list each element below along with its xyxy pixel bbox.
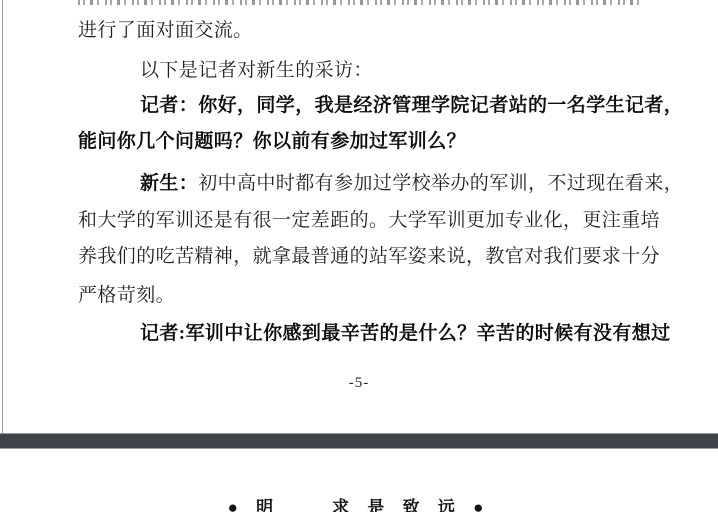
text-line: 记者：你好，同学，我是经济管理学院记者站的一名学生记者， <box>140 96 683 115</box>
text-line: 养我们的吃苦精神，就拿最普通的站军姿来说，教官对我们要求十分 <box>78 247 660 266</box>
page-separator-bar <box>0 433 718 449</box>
text-line: 以下是记者对新生的采访： <box>140 61 373 80</box>
text-line: 能问你几个问题吗？你以前有参加过军训么？ <box>78 132 466 151</box>
banner-right-fragment: 求 是 致 远 ● <box>332 499 490 512</box>
text-line: 记者:军训中让你感到最辛苦的是什么？辛苦的时候有没有想过 <box>140 324 671 343</box>
text-line: 新生：初中高中时都有参加过学校举办的军训，不过现在看来， <box>140 174 683 193</box>
document-page-2: ● 明 求 是 致 远 ● <box>0 449 718 512</box>
text-line: 进行了面对面交流。 <box>78 21 253 40</box>
page-left-edge <box>2 0 3 433</box>
text-segment: 初中高中时都有参加过学校举办的军训，不过现在看来， <box>198 173 683 194</box>
page-number: -5- <box>0 375 718 392</box>
document-page-1: 进行了面对面交流。 以下是记者对新生的采访： 记者：你好，同学，我是经济管理学院… <box>0 0 718 433</box>
speaker-label: 新生： <box>140 173 198 194</box>
page2-header-banner: ● 明 求 是 致 远 ● <box>0 499 718 512</box>
banner-left-fragment: ● 明 <box>228 499 281 512</box>
text-line: 和大学的军训还是有很一定差距的。大学军训更加专业化，更注重培 <box>78 211 660 230</box>
clipped-text-line-top <box>78 0 644 5</box>
text-line: 严格苛刻。 <box>78 286 175 305</box>
